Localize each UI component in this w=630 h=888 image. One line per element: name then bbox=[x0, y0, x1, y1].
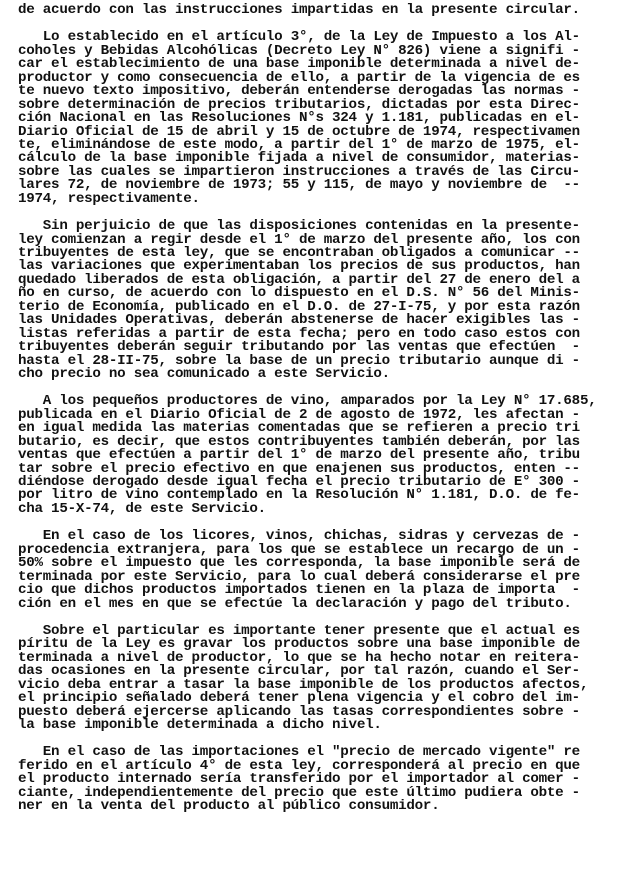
text-line: 1974, respectivamente. bbox=[18, 193, 630, 206]
paragraph-6: En el caso de las importaciones el "prec… bbox=[18, 746, 630, 813]
text-line: ción en el mes en que se efectúe la decl… bbox=[18, 598, 630, 611]
paragraph-2: Sin perjuicio de que las disposiciones c… bbox=[18, 220, 630, 381]
paragraph-5: Sobre el particular es importante tener … bbox=[18, 625, 630, 733]
text-line: ner en la venta del producto al público … bbox=[18, 800, 630, 813]
text-line: de acuerdo con las instrucciones imparti… bbox=[18, 4, 630, 17]
paragraph-4: En el caso de los licores, vinos, chicha… bbox=[18, 530, 630, 611]
text-line: la base imponible determinada a dicho ni… bbox=[18, 719, 630, 732]
paragraph-0: de acuerdo con las instrucciones imparti… bbox=[18, 4, 630, 17]
paragraph-3: A los pequeños productores de vino, ampa… bbox=[18, 395, 630, 516]
text-line: cho precio no sea comunicado a este Serv… bbox=[18, 368, 630, 381]
document-page: de acuerdo con las instrucciones imparti… bbox=[18, 4, 630, 828]
text-line: cha 15-X-74, de este Servicio. bbox=[18, 503, 630, 516]
paragraph-1: Lo establecido en el artículo 3°, de la … bbox=[18, 31, 630, 206]
